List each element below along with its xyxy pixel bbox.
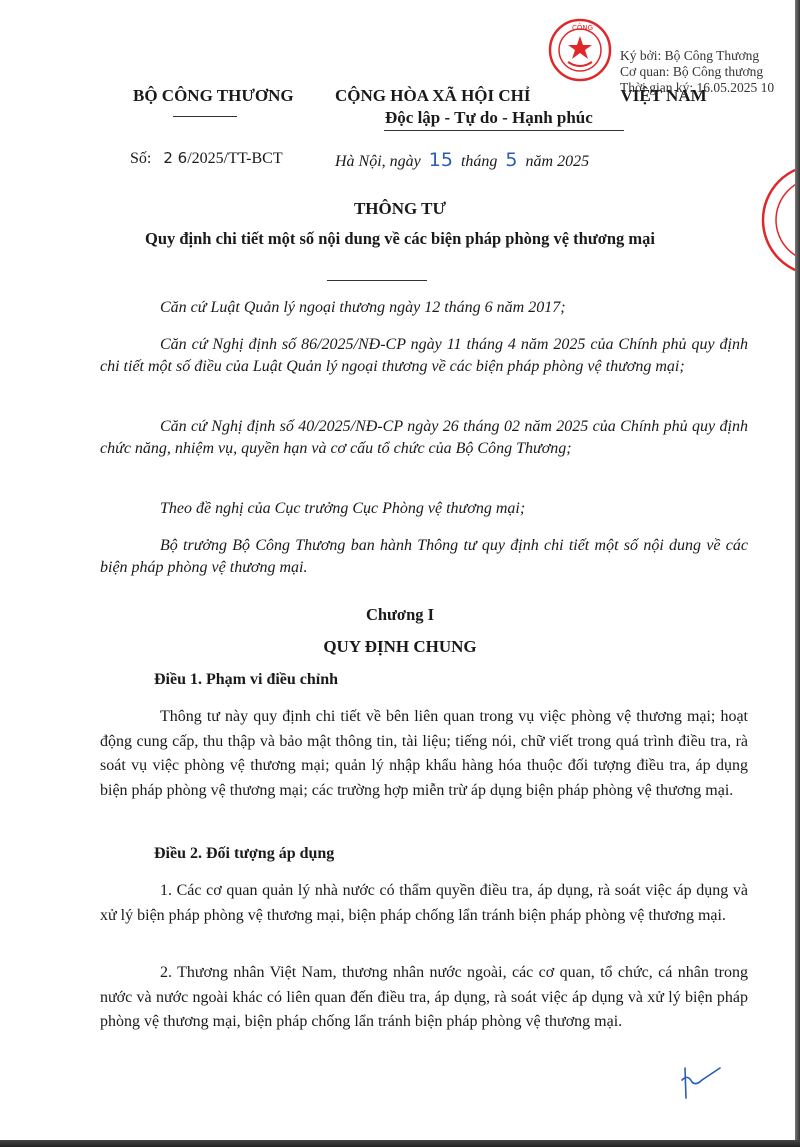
chapter-number: Chương I bbox=[0, 605, 800, 625]
national-title-left: CỘNG HÒA XÃ HỘI CHỈ bbox=[335, 86, 531, 105]
issuing-organization: BỘ CÔNG THƯƠNG bbox=[133, 86, 294, 106]
scan-edge-bottom bbox=[0, 1140, 800, 1147]
signature-time: Thời gian ký: 16.05.2025 10 bbox=[620, 80, 774, 96]
article-heading: Điều 1. Phạm vi điều chỉnh bbox=[154, 671, 338, 689]
document-subject: Quy định chi tiết một số nội dung về các… bbox=[0, 229, 800, 249]
document-type: THÔNG TƯ bbox=[0, 199, 800, 219]
article-heading: Điều 2. Đối tượng áp dụng bbox=[154, 845, 334, 863]
handwritten-month: 5 bbox=[497, 149, 525, 171]
article-paragraph: Thông tư này quy định chi tiết về bên li… bbox=[100, 705, 748, 803]
handwritten-day: 15 bbox=[421, 149, 461, 171]
scan-edge-right bbox=[795, 0, 800, 1147]
national-motto: Độc lập - Tự do - Hạnh phúc bbox=[385, 108, 593, 128]
document-page: BỘ CÔNG THƯƠNG CỘNG HÒA XÃ HỘI CHỈVIỆT N… bbox=[0, 0, 795, 1140]
handwritten-initial-icon bbox=[680, 1060, 730, 1100]
preamble-paragraph: Căn cứ Nghị định số 86/2025/NĐ-CP ngày 1… bbox=[100, 334, 748, 378]
digital-signature-block: Ký bởi: Bộ Công Thương Cơ quan: Bộ Công … bbox=[620, 48, 774, 96]
official-seal-icon: CÔNG bbox=[548, 18, 612, 82]
preamble-paragraph: Căn cứ Luật Quản lý ngoại thương ngày 12… bbox=[100, 297, 748, 319]
article-paragraph: 2. Thương nhân Việt Nam, thương nhân nướ… bbox=[100, 961, 748, 1035]
preamble-paragraph: Căn cứ Nghị định số 40/2025/NĐ-CP ngày 2… bbox=[100, 416, 748, 460]
signature-agency: Cơ quan: Bộ Công thương bbox=[620, 64, 774, 80]
handwritten-number: 2 6 bbox=[163, 149, 187, 167]
preamble-paragraph: Bộ trưởng Bộ Công Thương ban hành Thông … bbox=[100, 535, 748, 579]
motto-underline bbox=[384, 130, 624, 131]
preamble-paragraph: Theo đề nghị của Cục trưởng Cục Phòng vệ… bbox=[100, 498, 748, 520]
issue-date: Hà Nội, ngày15tháng5năm 2025 bbox=[335, 149, 589, 171]
signature-signed-by: Ký bởi: Bộ Công Thương bbox=[620, 48, 774, 64]
svg-text:CÔNG: CÔNG bbox=[572, 23, 593, 32]
subject-underline bbox=[327, 280, 427, 281]
document-number: Số: 2 6/2025/TT-BCT bbox=[130, 149, 283, 168]
partial-seal-icon bbox=[758, 160, 800, 280]
organization-underline bbox=[173, 116, 237, 117]
article-paragraph: 1. Các cơ quan quản lý nhà nước có thẩm … bbox=[100, 879, 748, 928]
chapter-title: QUY ĐỊNH CHUNG bbox=[0, 637, 800, 657]
